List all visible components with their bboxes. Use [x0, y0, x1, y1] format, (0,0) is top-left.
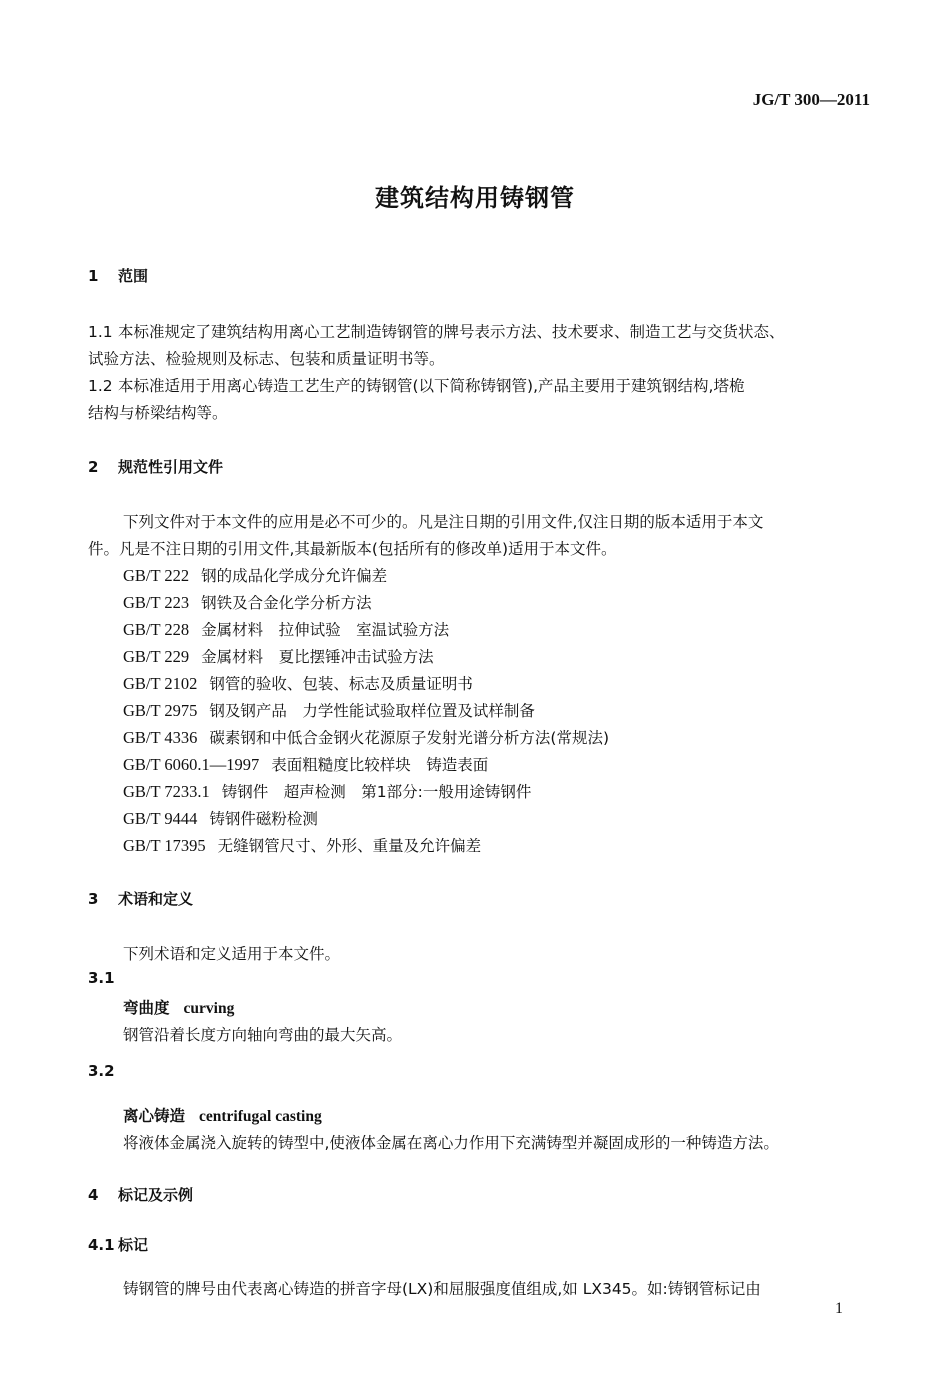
- reference-code: GB/T 4336: [123, 728, 197, 747]
- section-title: 术语和定义: [118, 890, 193, 908]
- term-en: centrifugal casting: [199, 1108, 322, 1125]
- reference-item: GB/T 6060.1—1997表面粗糙度比较样块 铸造表面: [123, 753, 488, 775]
- reference-item: GB/T 229金属材料 夏比摆锤冲击试验方法: [123, 645, 434, 667]
- term-number: 3.2: [88, 1062, 115, 1080]
- reference-item: GB/T 9444铸钢件磁粉检测: [123, 807, 318, 829]
- section-1-heading: 1范围: [88, 265, 148, 286]
- section-3-intro: 下列术语和定义适用于本文件。: [123, 942, 340, 964]
- reference-code: GB/T 2975: [123, 701, 197, 720]
- reference-item: GB/T 7233.1铸钢件 超声检测 第1部分:一般用途铸钢件: [123, 780, 531, 802]
- section-number: 1: [88, 267, 118, 285]
- clause-text: 本标准适用于用离心铸造工艺生产的铸钢管(以下简称铸钢管),产品主要用于建筑钢结构…: [118, 377, 744, 395]
- section-number: 2: [88, 458, 118, 476]
- reference-title: 表面粗糙度比较样块 铸造表面: [271, 756, 488, 774]
- clause-1-1-line1: 1.1本标准规定了建筑结构用离心工艺制造铸钢管的牌号表示方法、技术要求、制造工艺…: [88, 320, 785, 342]
- section-2-heading: 2规范性引用文件: [88, 456, 223, 477]
- page-number: 1: [835, 1300, 843, 1318]
- reference-code: GB/T 223: [123, 593, 189, 612]
- reference-item: GB/T 4336碳素钢和中低合金钢火花源原子发射光谱分析方法(常规法): [123, 726, 609, 748]
- reference-title: 金属材料 夏比摆锤冲击试验方法: [201, 648, 434, 666]
- reference-title: 铸钢件 超声检测 第1部分:一般用途铸钢件: [222, 783, 532, 801]
- section-2-intro-line1: 下列文件对于本文件的应用是必不可少的。凡是注日期的引用文件,仅注日期的版本适用于…: [123, 510, 763, 532]
- reference-item: GB/T 2102钢管的验收、包装、标志及质量证明书: [123, 672, 473, 694]
- reference-title: 钢铁及合金化学分析方法: [201, 594, 372, 612]
- reference-code: GB/T 6060.1—1997: [123, 755, 259, 774]
- subsection-4-1-text: 铸钢管的牌号由代表离心铸造的拼音字母(LX)和屈服强度值组成,如 LX345。如…: [123, 1277, 761, 1299]
- reference-code: GB/T 222: [123, 566, 189, 585]
- section-number: 3: [88, 890, 118, 908]
- standard-code: JG/T 300—2011: [753, 90, 870, 110]
- clause-number: 1.1: [88, 323, 118, 341]
- reference-item: GB/T 17395无缝钢管尺寸、外形、重量及允许偏差: [123, 834, 481, 856]
- reference-title: 钢管的验收、包装、标志及质量证明书: [209, 675, 473, 693]
- section-title: 标记及示例: [118, 1186, 193, 1204]
- reference-code: GB/T 17395: [123, 836, 206, 855]
- reference-item: GB/T 228金属材料 拉伸试验 室温试验方法: [123, 618, 449, 640]
- reference-code: GB/T 7233.1: [123, 782, 210, 801]
- reference-item: GB/T 2975钢及钢产品 力学性能试验取样位置及试样制备: [123, 699, 535, 721]
- document-title: 建筑结构用铸钢管: [0, 178, 950, 213]
- reference-code: GB/T 228: [123, 620, 189, 639]
- reference-code: GB/T 2102: [123, 674, 197, 693]
- reference-code: GB/T 229: [123, 647, 189, 666]
- clause-1-2-line2: 结构与桥梁结构等。: [88, 401, 228, 423]
- clause-number: 1.2: [88, 377, 118, 395]
- term-zh: 离心铸造: [123, 1107, 185, 1125]
- term-heading: 离心铸造centrifugal casting: [123, 1104, 322, 1126]
- reference-title: 铸钢件磁粉检测: [209, 810, 318, 828]
- section-number: 4: [88, 1186, 118, 1204]
- section-title: 范围: [118, 267, 148, 285]
- term-definition: 钢管沿着长度方向轴向弯曲的最大矢高。: [123, 1023, 402, 1045]
- reference-title: 无缝钢管尺寸、外形、重量及允许偏差: [218, 837, 482, 855]
- clause-1-1-line2: 试验方法、检验规则及标志、包装和质量证明书等。: [88, 347, 445, 369]
- term-number: 3.1: [88, 969, 115, 987]
- section-2-intro-line2: 件。凡是不注日期的引用文件,其最新版本(包括所有的修改单)适用于本文件。: [88, 537, 617, 559]
- subsection-number: 4.1: [88, 1236, 118, 1254]
- reference-item: GB/T 222钢的成品化学成分允许偏差: [123, 564, 387, 586]
- term-heading: 弯曲度curving: [123, 996, 234, 1018]
- reference-title: 钢及钢产品 力学性能试验取样位置及试样制备: [209, 702, 535, 720]
- reference-code: GB/T 9444: [123, 809, 197, 828]
- reference-title: 金属材料 拉伸试验 室温试验方法: [201, 621, 449, 639]
- reference-item: GB/T 223钢铁及合金化学分析方法: [123, 591, 372, 613]
- reference-title: 碳素钢和中低合金钢火花源原子发射光谱分析方法(常规法): [209, 729, 609, 747]
- section-3-heading: 3术语和定义: [88, 888, 193, 909]
- clause-text: 本标准规定了建筑结构用离心工艺制造铸钢管的牌号表示方法、技术要求、制造工艺与交货…: [118, 323, 785, 341]
- section-title: 规范性引用文件: [118, 458, 223, 476]
- subsection-4-1-heading: 4.1标记: [88, 1234, 148, 1255]
- term-definition: 将液体金属浇入旋转的铸型中,使液体金属在离心力作用下充满铸型并凝固成形的一种铸造…: [123, 1131, 779, 1153]
- term-zh: 弯曲度: [123, 999, 170, 1017]
- section-4-heading: 4标记及示例: [88, 1184, 193, 1205]
- reference-title: 钢的成品化学成分允许偏差: [201, 567, 387, 585]
- subsection-title: 标记: [118, 1236, 148, 1254]
- term-en: curving: [184, 1000, 235, 1017]
- clause-1-2-line1: 1.2本标准适用于用离心铸造工艺生产的铸钢管(以下简称铸钢管),产品主要用于建筑…: [88, 374, 744, 396]
